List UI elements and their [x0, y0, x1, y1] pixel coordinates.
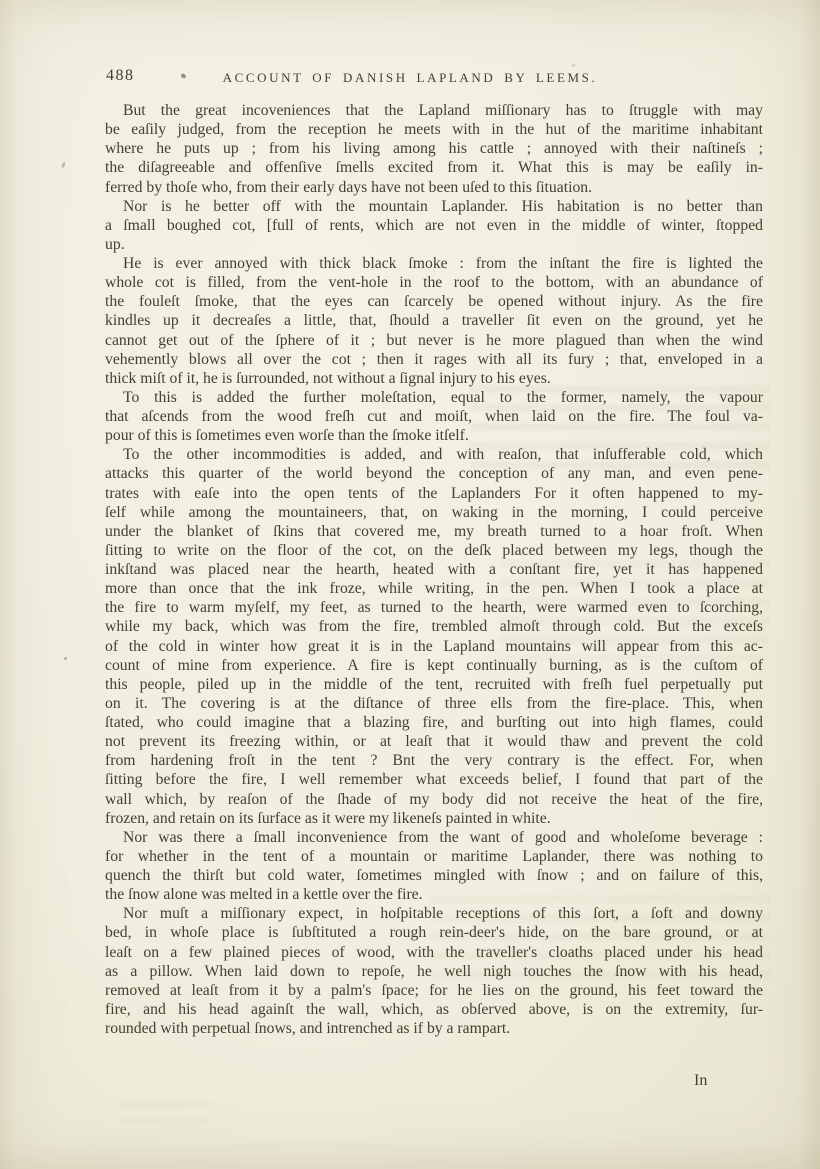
- text-line: attacks this quarter of the world beyond…: [105, 464, 763, 483]
- text-line: wall which, by reaſon of the ſhade of my…: [105, 790, 763, 809]
- text-line: Nor muſt a miſſionary expect, in hoſpita…: [105, 904, 763, 923]
- text-line: on it. The covering is at the diſtance o…: [105, 694, 763, 713]
- text-line: as a pillow. When laid down to repoſe, h…: [105, 962, 763, 981]
- text-line: of the cold in winter how great it is in…: [105, 637, 763, 656]
- text-line: rounded with perpetual ſnows, and intren…: [105, 1019, 763, 1038]
- paragraph: But the great incoveniences that the Lap…: [105, 101, 763, 197]
- paragraph: To this is added the further moleſtation…: [105, 388, 763, 445]
- text-line: whole cot is filled, from the vent-hole …: [105, 273, 763, 292]
- paragraph: He is ever annoyed with thick black ſmok…: [105, 254, 763, 388]
- text-line: fire, and his head againſt the wall, whi…: [105, 1000, 763, 1019]
- text-line: cannot get out of the ſphere of it ; but…: [105, 331, 763, 350]
- ink-speck: [64, 657, 67, 660]
- text-line: while my back, which was from the fire, …: [105, 617, 763, 636]
- text-line: the fouleſt ſmoke, that the eyes can ſca…: [105, 292, 763, 311]
- text-line: ferred by thoſe who, from their early da…: [105, 178, 763, 197]
- text-line: pour of this is ſometimes even worſe tha…: [105, 426, 763, 445]
- text-line: where he puts up ; from his living among…: [105, 139, 763, 158]
- text-line: up.: [105, 235, 763, 254]
- text-line: To the other incommodities is added, and…: [105, 445, 763, 464]
- text-line: ſitting to write on the floor of the cot…: [105, 541, 763, 560]
- body-text: But the great incoveniences that the Lap…: [105, 101, 763, 1038]
- text-line: for whether in the tent of a mountain or…: [105, 847, 763, 866]
- catchword: In: [694, 1072, 707, 1090]
- text-line: a ſmall boughed cot, [full of rents, whi…: [105, 216, 763, 235]
- text-line: Nor was there a ſmall inconvenience from…: [105, 828, 763, 847]
- text-line: trates with eaſe into the open tents of …: [105, 484, 763, 503]
- paragraph: Nor was there a ſmall inconvenience from…: [105, 828, 763, 905]
- text-line: be eaſily judged, from the reception he …: [105, 120, 763, 139]
- text-line: not prevent its freezing within, or at l…: [105, 732, 763, 751]
- text-line: count of mine from experience. A fire is…: [105, 656, 763, 675]
- text-line: ſitting before the fire, I well remember…: [105, 770, 763, 789]
- text-line: under the blanket of ſkins that covered …: [105, 522, 763, 541]
- text-line: the ſnow alone was melted in a kettle ov…: [105, 885, 763, 904]
- text-line: removed at leaſt from it by a palm's ſpa…: [105, 981, 763, 1000]
- text-line: frozen, and retain on its ſurface as it …: [105, 809, 763, 828]
- text-line: the fire to warm myſelf, my feet, as tur…: [105, 598, 763, 617]
- text-line: To this is added the further moleſtation…: [105, 388, 763, 407]
- text-line: inkſtand was placed near the hearth, hea…: [105, 560, 763, 579]
- running-title: ACCOUNT OF DANISH LAPLAND BY LEEMS.: [0, 70, 820, 86]
- text-line: thick miſt of it, he is ſurrounded, not …: [105, 369, 763, 388]
- ink-speck: [61, 162, 66, 169]
- text-line: But the great incoveniences that the Lap…: [105, 101, 763, 120]
- text-line: that aſcends from the wood freſh cut and…: [105, 407, 763, 426]
- paragraph: Nor muſt a miſſionary expect, in hoſpita…: [105, 904, 763, 1038]
- book-page: 488 ACCOUNT OF DANISH LAPLAND BY LEEMS. …: [0, 0, 820, 1169]
- paragraph: To the other incommodities is added, and…: [105, 445, 763, 828]
- page-bleedthrough-artifact: [120, 1100, 210, 1124]
- ink-speck: [572, 64, 575, 67]
- text-line: leaſt on a few plained pieces of wood, w…: [105, 943, 763, 962]
- text-line: Nor is he better off with the mountain L…: [105, 197, 763, 216]
- text-line: this people, piled up in the middle of t…: [105, 675, 763, 694]
- text-line: He is ever annoyed with thick black ſmok…: [105, 254, 763, 273]
- text-line: vehemently blows all over the cot ; then…: [105, 350, 763, 369]
- text-line: ſtated, who could imagine that a blazing…: [105, 713, 763, 732]
- text-line: the diſagreeable and offenſive ſmells ex…: [105, 158, 763, 177]
- paragraph: Nor is he better off with the mountain L…: [105, 197, 763, 254]
- text-line: from hardening froſt in the tent ? Bnt t…: [105, 751, 763, 770]
- text-line: bed, in whoſe place is ſubſtituted a rou…: [105, 923, 763, 942]
- text-line: ſelf while among the mountaineers, that,…: [105, 503, 763, 522]
- text-line: more than once that the ink froze, while…: [105, 579, 763, 598]
- text-line: kindles up it decreaſes a little, that, …: [105, 311, 763, 330]
- text-line: quench the thirſt but cold water, ſometi…: [105, 866, 763, 885]
